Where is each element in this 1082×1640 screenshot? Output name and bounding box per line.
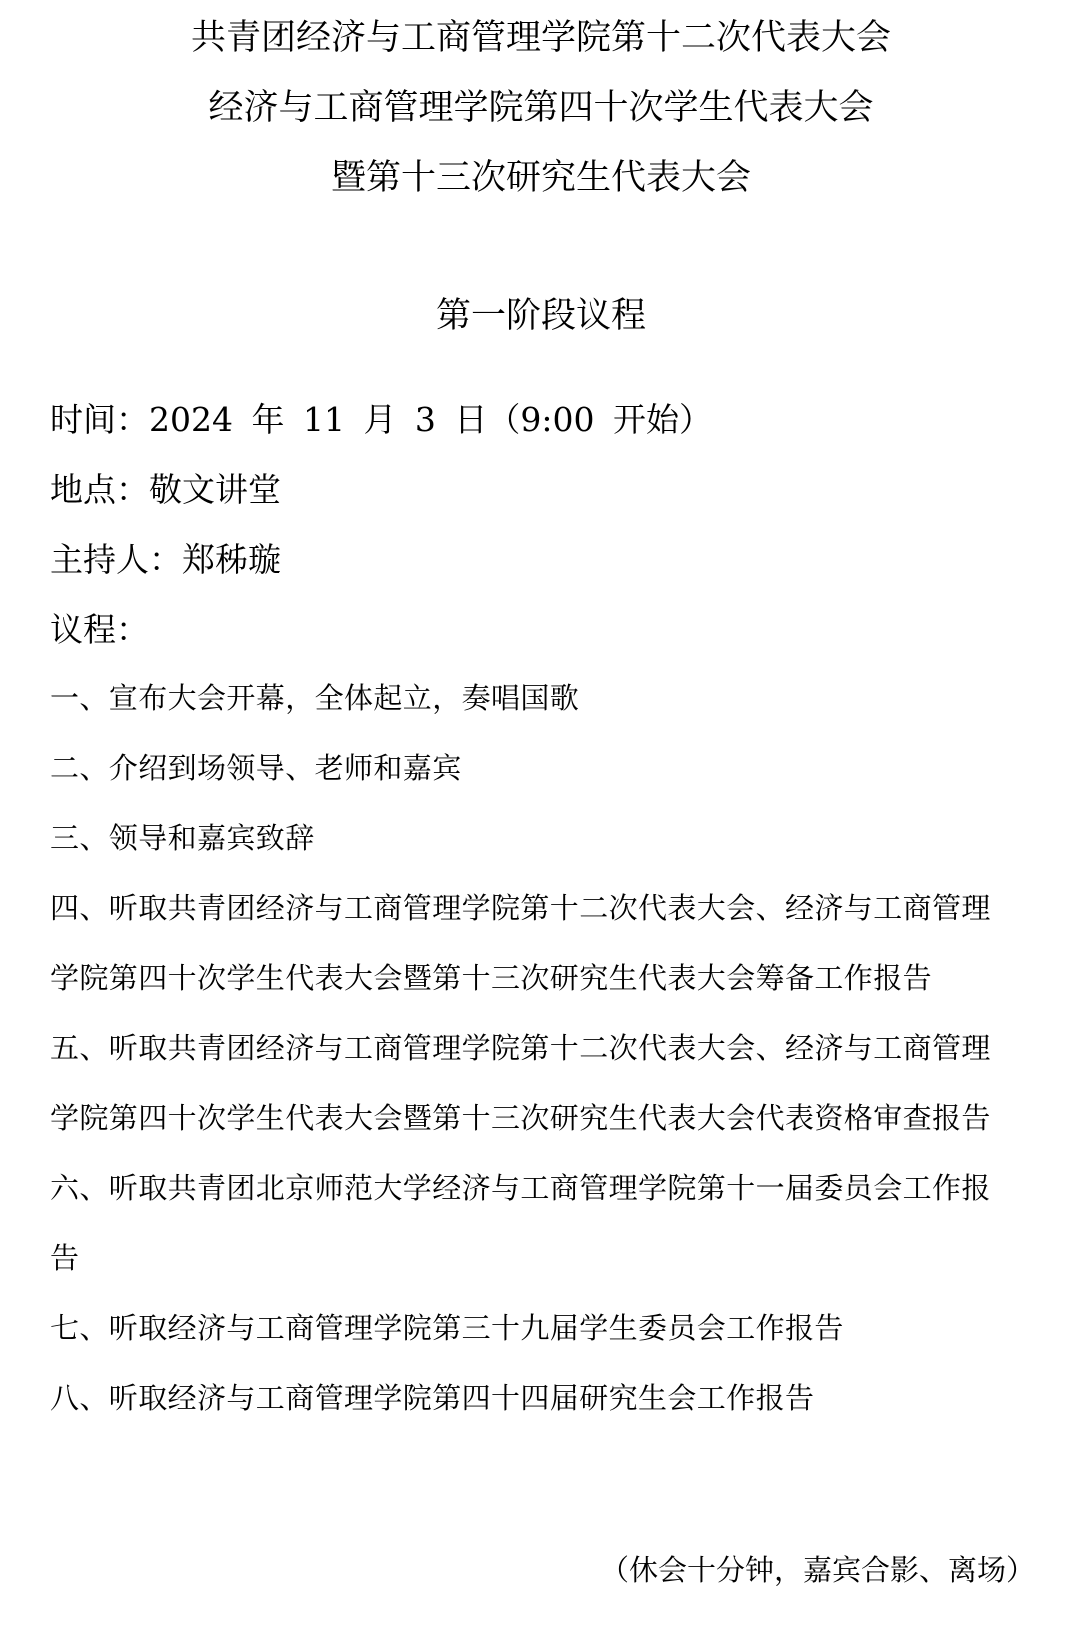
agenda-item-2: 二、介绍到场领导、老师和嘉宾: [50, 748, 462, 788]
meta-agenda-label: 议程：: [50, 608, 149, 652]
meta-host-value: 郑秭璇: [182, 540, 281, 579]
meta-time-label: 时间：: [50, 400, 149, 439]
title-line-3: 暨第十三次研究生代表大会: [0, 156, 1082, 200]
meta-host-label: 主持人：: [50, 540, 182, 579]
section-heading: 第一阶段议程: [0, 294, 1082, 338]
meta-host: 主持人：郑秭璇: [50, 538, 281, 582]
meta-place-label: 地点：: [50, 470, 149, 509]
agenda-item-6-line-2: 告: [50, 1238, 79, 1278]
agenda-item-5-line-1: 五、听取共青团经济与工商管理学院第十二次代表大会、经济与工商管理: [50, 1028, 991, 1068]
agenda-item-3: 三、领导和嘉宾致辞: [50, 818, 315, 858]
agenda-item-4-line-2: 学院第四十次学生代表大会暨第十三次研究生代表大会筹备工作报告: [50, 958, 932, 998]
agenda-item-5-line-2: 学院第四十次学生代表大会暨第十三次研究生代表大会代表资格审查报告: [50, 1098, 991, 1138]
meta-time-value: 2024 年 11 月 3 日（9:00 开始）: [149, 400, 712, 439]
closing-note: （休会十分钟，嘉宾合影、离场）: [600, 1550, 1035, 1590]
agenda-item-6-line-1: 六、听取共青团北京师范大学经济与工商管理学院第十一届委员会工作报: [50, 1168, 991, 1208]
agenda-item-4-line-1: 四、听取共青团经济与工商管理学院第十二次代表大会、经济与工商管理: [50, 888, 991, 928]
title-line-1: 共青团经济与工商管理学院第十二次代表大会: [0, 16, 1082, 60]
agenda-item-7: 七、听取经济与工商管理学院第三十九届学生委员会工作报告: [50, 1308, 844, 1348]
agenda-item-8: 八、听取经济与工商管理学院第四十四届研究生会工作报告: [50, 1378, 814, 1418]
document-page: 共青团经济与工商管理学院第十二次代表大会 经济与工商管理学院第四十次学生代表大会…: [0, 0, 1082, 1640]
meta-place: 地点：敬文讲堂: [50, 468, 281, 512]
meta-time: 时间：2024 年 11 月 3 日（9:00 开始）: [50, 398, 712, 442]
meta-place-value: 敬文讲堂: [149, 470, 281, 509]
agenda-item-1: 一、宣布大会开幕，全体起立，奏唱国歌: [50, 678, 579, 718]
title-line-2: 经济与工商管理学院第四十次学生代表大会: [0, 86, 1082, 130]
